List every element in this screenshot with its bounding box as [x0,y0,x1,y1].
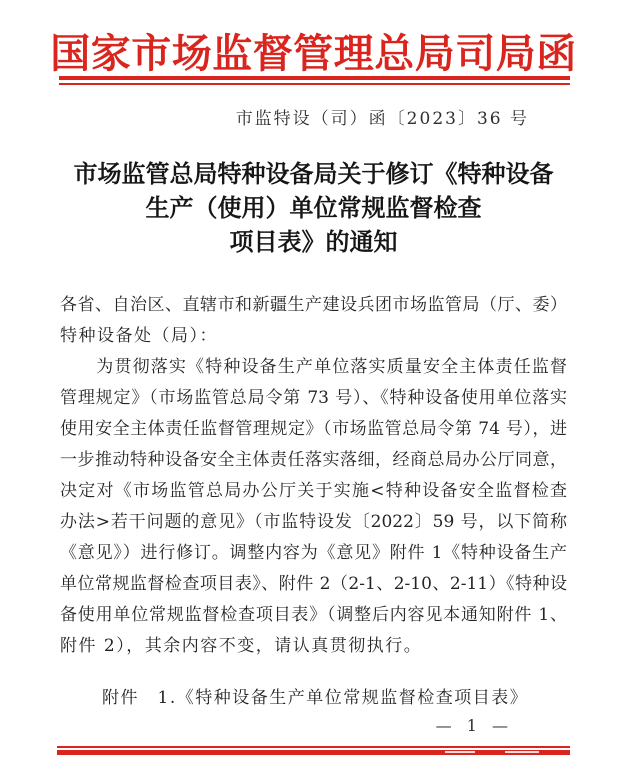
notice-title: 市场监管总局特种设备局关于修订《特种设备 生产（使用）单位常规监督检查 项目表》… [40,157,587,259]
attachment-line: 附件 1.《特种设备生产单位常规监督检查项目表》 [60,683,567,714]
scan-artifact [445,751,475,753]
notice-title-line: 市场监管总局特种设备局关于修订《特种设备 [40,157,587,191]
footer-divider [57,746,570,755]
body-text: 各省、自治区、直辖市和新疆生产建设兵团市场监管局（厅、委）特种设备处（局）： 为… [60,290,567,662]
body-line: 决定对《市场监管总局办公厅关于实施<特种设备安全监督检查 [60,476,567,507]
letterhead-title: 国家市场监督管理总局司局函 [0,22,627,79]
body-line: 管理规定》（市场监管总局令第 73 号）、《特种设备使用单位落实 [60,383,567,414]
scan-artifact [505,751,539,753]
body-line: 附件 2），其余内容不变，请认真贯彻执行。 [60,631,567,662]
document-page: 国家市场监督管理总局司局函 市监特设（司）函〔2023〕36 号 市场监管总局特… [0,0,627,773]
document-number: 市监特设（司）函〔2023〕36 号 [236,104,529,129]
body-line: 各省、自治区、直辖市和新疆生产建设兵团市场监管局（厅、委） [60,290,567,321]
body-line: 为贯彻落实《特种设备生产单位落实质量安全主体责任监督 [60,352,567,383]
page-number: — 1 — [436,716,513,735]
body-line: 单位常规监督检查项目表》、附件 2（2-1、2-10、2-11）《特种设 [60,569,567,600]
body-line: 《意见》）进行修订。调整内容为《意见》附件 1《特种设备生产 [60,538,567,569]
body-line: 特种设备处（局）： [60,321,567,352]
notice-title-line: 生产（使用）单位常规监督检查 [40,191,587,225]
body-line: 备使用单位常规监督检查项目表》（调整后内容见本通知附件 1、 [60,600,567,631]
letterhead-divider [59,76,570,85]
notice-title-line: 项目表》的通知 [40,225,587,259]
letterhead-divider-thin-rule [59,83,570,85]
footer-divider-thin-rule [57,746,570,748]
body-line: 办法>若干问题的意见》（市监特设发〔2022〕59 号，以下简称 [60,507,567,538]
body-line: 一步推动特种设备安全主体责任落实落细，经商总局办公厅同意， [60,445,567,476]
footer-divider-thick-rule [57,750,570,755]
letterhead-divider-thick-rule [59,76,570,80]
body-line: 使用安全主体责任监督管理规定》（市场监管总局令第 74 号），进 [60,414,567,445]
